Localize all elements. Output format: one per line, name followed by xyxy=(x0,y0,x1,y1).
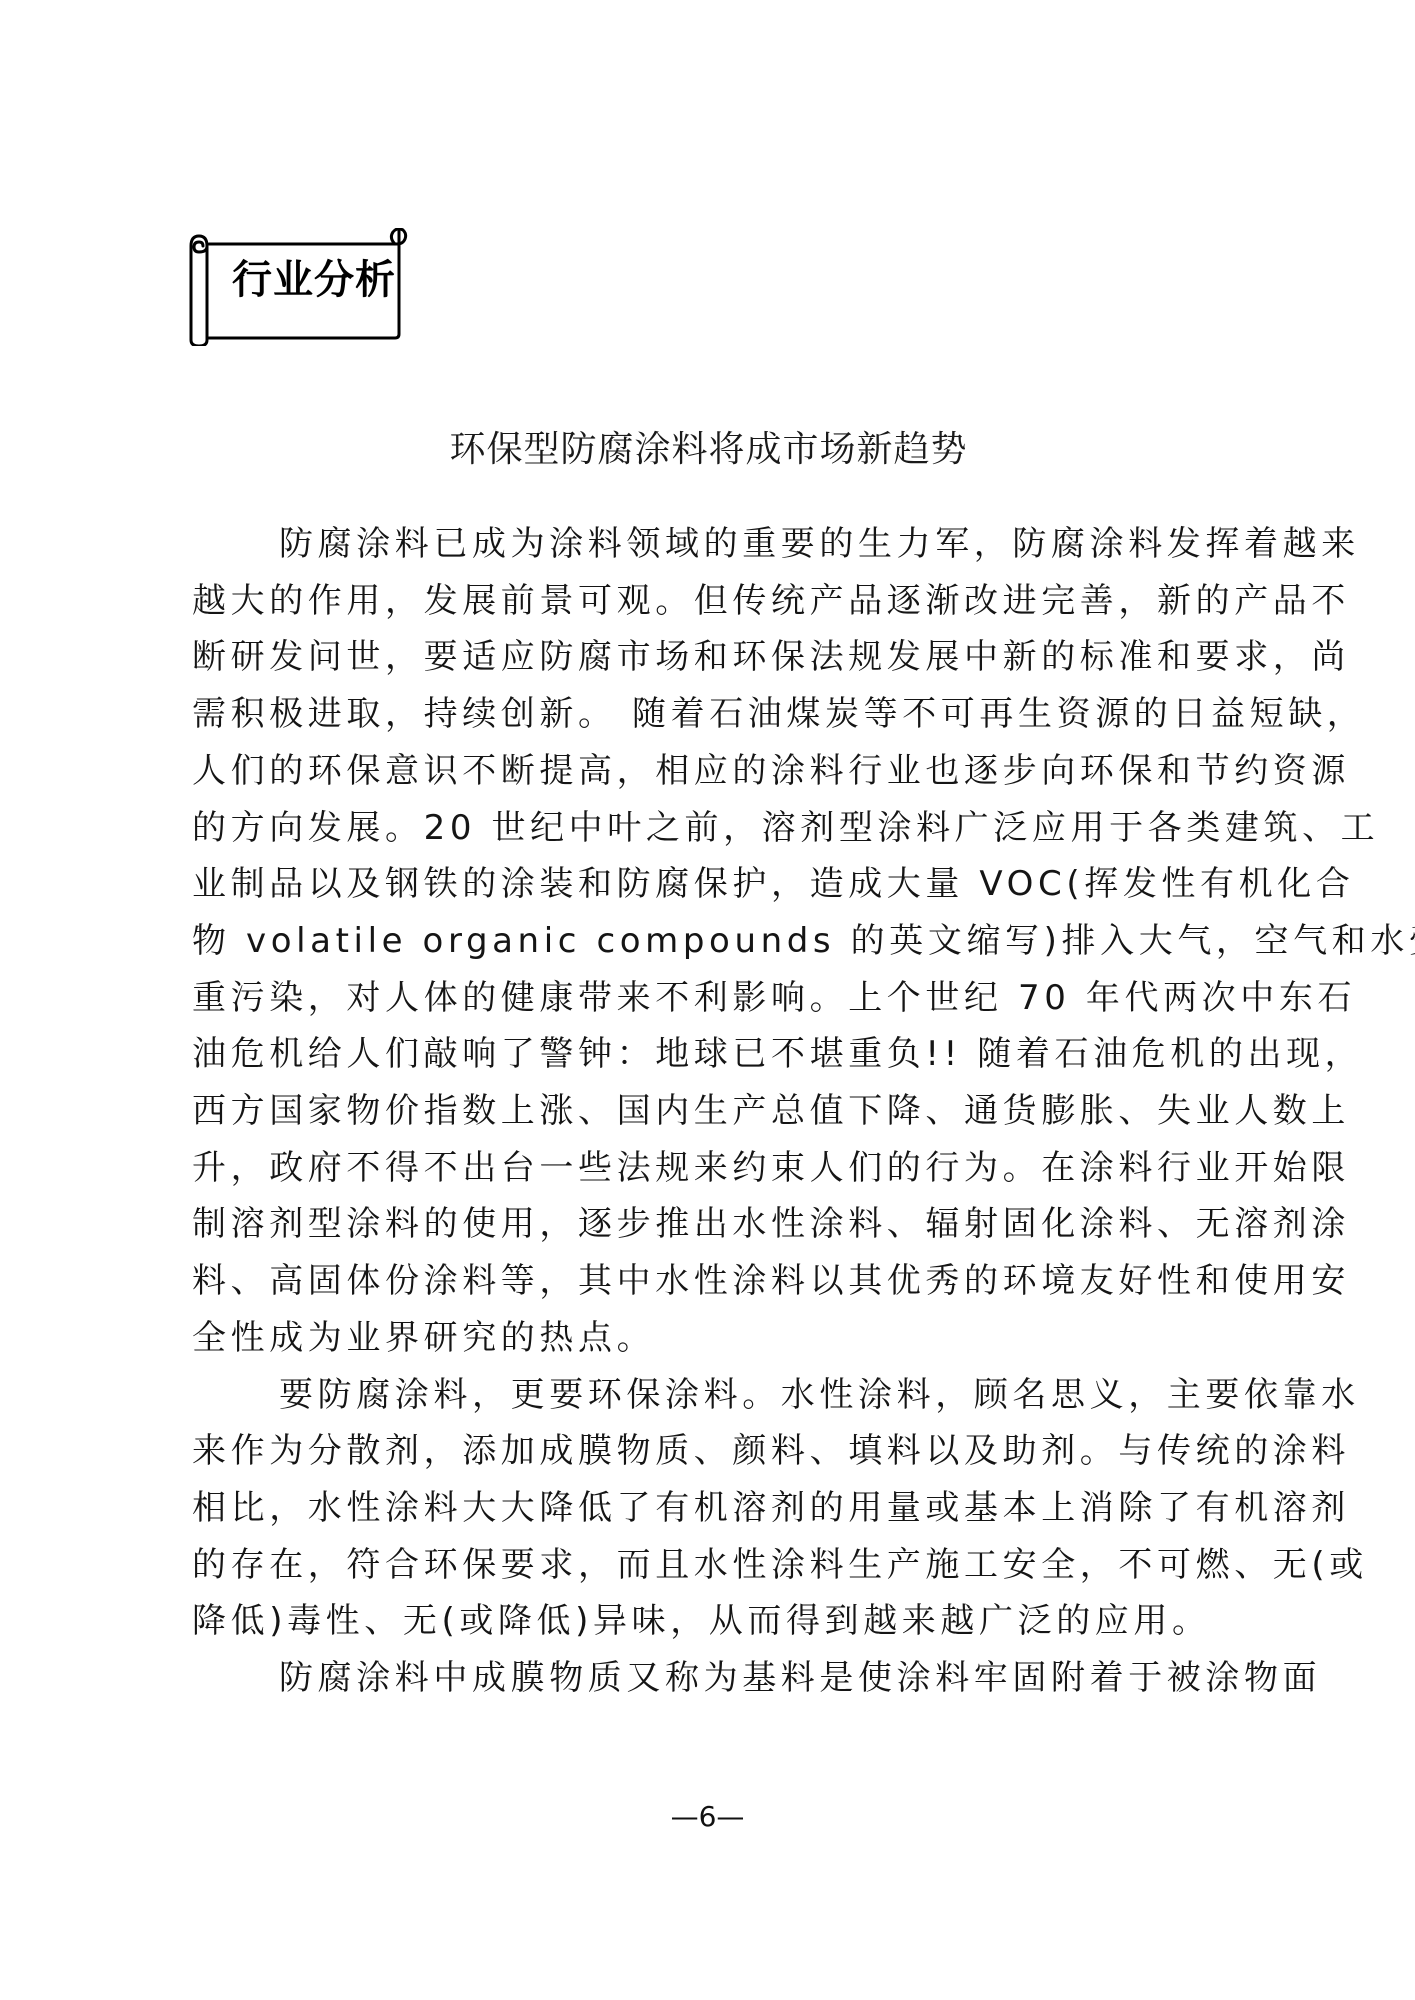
text-line: 来作为分散剂，添加成膜物质、颜料、填料以及助剂。与传统的涂料 xyxy=(192,1423,1240,1480)
text-line: 越大的作用，发展前景可观。但传统产品逐渐改进完善，新的产品不 xyxy=(192,573,1240,630)
text-line: 物 volatile organic compounds 的英文缩写)排入大气，… xyxy=(192,913,1240,970)
article-title: 环保型防腐涂料将成市场新趋势 xyxy=(0,424,1415,476)
section-banner: 行业分析 xyxy=(183,228,433,346)
text-line: 的存在，符合环保要求，而且水性涂料生产施工安全，不可燃、无(或 xyxy=(192,1537,1240,1594)
text-line: 防腐涂料中成膜物质又称为基料是使涂料牢固附着于被涂物面 xyxy=(192,1650,1240,1707)
text-line: 西方国家物价指数上涨、国内生产总值下降、通货膨胀、失业人数上 xyxy=(192,1083,1240,1140)
paragraph-3: 防腐涂料中成膜物质又称为基料是使涂料牢固附着于被涂物面 xyxy=(192,1650,1240,1707)
text-line: 制溶剂型涂料的使用，逐步推出水性涂料、辐射固化涂料、无溶剂涂 xyxy=(192,1196,1240,1253)
text-line: 人们的环保意识不断提高，相应的涂料行业也逐步向环保和节约资源 xyxy=(192,743,1240,800)
text-line: 降低)毒性、无(或降低)异味，从而得到越来越广泛的应用。 xyxy=(192,1593,1240,1650)
paragraph-1: 防腐涂料已成为涂料领域的重要的生力军，防腐涂料发挥着越来 越大的作用，发展前景可… xyxy=(192,516,1240,1367)
text-line: 要防腐涂料，更要环保涂料。水性涂料，顾名思义，主要依靠水 xyxy=(192,1367,1240,1424)
text-line: 全性成为业界研究的热点。 xyxy=(192,1310,1240,1367)
article-body: 防腐涂料已成为涂料领域的重要的生力军，防腐涂料发挥着越来 越大的作用，发展前景可… xyxy=(192,516,1240,1707)
paragraph-2: 要防腐涂料，更要环保涂料。水性涂料，顾名思义，主要依靠水 来作为分散剂，添加成膜… xyxy=(192,1367,1240,1651)
section-banner-label: 行业分析 xyxy=(219,251,409,309)
text-line: 断研发问世，要适应防腐市场和环保法规发展中新的标准和要求，尚 xyxy=(192,629,1240,686)
text-line: 油危机给人们敲响了警钟：地球已不堪重负!! 随着石油危机的出现， xyxy=(192,1026,1240,1083)
text-line: 业制品以及钢铁的涂装和防腐保护，造成大量 VOC(挥发性有机化合 xyxy=(192,856,1240,913)
page-number: —6— xyxy=(0,1797,1415,1837)
text-line: 的方向发展。20 世纪中叶之前，溶剂型涂料广泛应用于各类建筑、工 xyxy=(192,800,1240,857)
document-page: 行业分析 环保型防腐涂料将成市场新趋势 防腐涂料已成为涂料领域的重要的生力军，防… xyxy=(0,0,1415,2000)
text-line: 防腐涂料已成为涂料领域的重要的生力军，防腐涂料发挥着越来 xyxy=(192,516,1240,573)
text-line: 需积极进取，持续创新。 随着石油煤炭等不可再生资源的日益短缺， xyxy=(192,686,1240,743)
text-line: 升，政府不得不出台一些法规来约束人们的行为。在涂料行业开始限 xyxy=(192,1140,1240,1197)
text-line: 相比，水性涂料大大降低了有机溶剂的用量或基本上消除了有机溶剂 xyxy=(192,1480,1240,1537)
text-line: 料、高固体份涂料等，其中水性涂料以其优秀的环境友好性和使用安 xyxy=(192,1253,1240,1310)
text-line: 重污染，对人体的健康带来不利影响。上个世纪 70 年代两次中东石 xyxy=(192,970,1240,1027)
